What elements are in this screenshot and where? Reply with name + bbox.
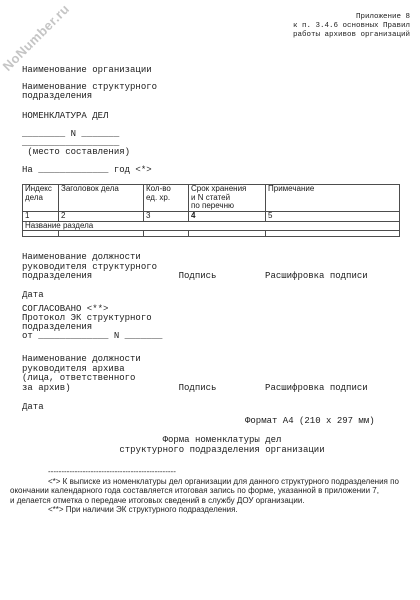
empty-cell — [23, 231, 59, 237]
org-name-label: Наименование организации — [22, 66, 152, 75]
empty-cell — [266, 231, 400, 237]
empty-cell — [189, 231, 266, 237]
section-title-row: Название раздела — [23, 221, 400, 231]
header-cell-index: Индекс дела — [23, 185, 59, 212]
header-cell-retention: Срок хранения и N статей по перечню — [189, 185, 266, 212]
footnotes-section: ----------------------------------------… — [10, 467, 414, 515]
document-page: NoNumber.ru Приложение 8 к п. 3.4.6 осно… — [0, 0, 420, 600]
table-header-row: Индекс дела Заголовок дела Кол-во ед. хр… — [23, 185, 400, 212]
year-line: На _____________ год <*> — [22, 166, 152, 175]
header-cell-count: Кол-во ед. хр. — [144, 185, 189, 212]
col-number: 3 — [144, 212, 189, 222]
dept-name-label: Наименование структурного подразделения — [22, 83, 157, 101]
footnote-separator: ----------------------------------------… — [10, 467, 414, 477]
empty-cell — [59, 231, 144, 237]
footnote-line: и делается отметка о передаче итоговых с… — [10, 496, 414, 506]
header-cell-title: Заголовок дела — [59, 185, 144, 212]
signature-block-head-of-archive: Наименование должности руководителя архи… — [22, 355, 368, 412]
nomenclature-table: Индекс дела Заголовок дела Кол-во ед. хр… — [22, 184, 400, 237]
paper-format-note: Формат А4 (210 х 297 мм) — [245, 417, 375, 426]
empty-cell — [144, 231, 189, 237]
col-number: 2 — [59, 212, 144, 222]
footnote-line: <*> К выписке из номенклатуры дел органи… — [10, 477, 414, 487]
number-place-block: ________ N _______ __________________ (м… — [22, 130, 130, 157]
column-number-row: 1 2 3 4 5 — [23, 212, 400, 222]
col-number: 1 — [23, 212, 59, 222]
footnote-line: <**> При наличии ЭК структурного подразд… — [10, 505, 414, 515]
doc-title: НОМЕНКЛАТУРА ДЕЛ — [22, 112, 108, 121]
header-cell-note: Примечание — [266, 185, 400, 212]
col-number: 4 — [189, 212, 266, 222]
form-caption: Форма номенклатуры дел структурного подр… — [22, 436, 420, 455]
col-number: 5 — [266, 212, 400, 222]
signature-block-head-of-department: Наименование должности руководителя стру… — [22, 253, 368, 301]
approval-block: СОГЛАСОВАНО <**> Протокол ЭК структурног… — [22, 305, 162, 341]
empty-entry-row — [23, 231, 400, 237]
footnote-line: окончании календарного года составляется… — [10, 486, 414, 496]
section-title-cell: Название раздела — [23, 221, 400, 231]
appendix-reference: Приложение 8 к п. 3.4.6 основных Правил … — [293, 13, 410, 40]
